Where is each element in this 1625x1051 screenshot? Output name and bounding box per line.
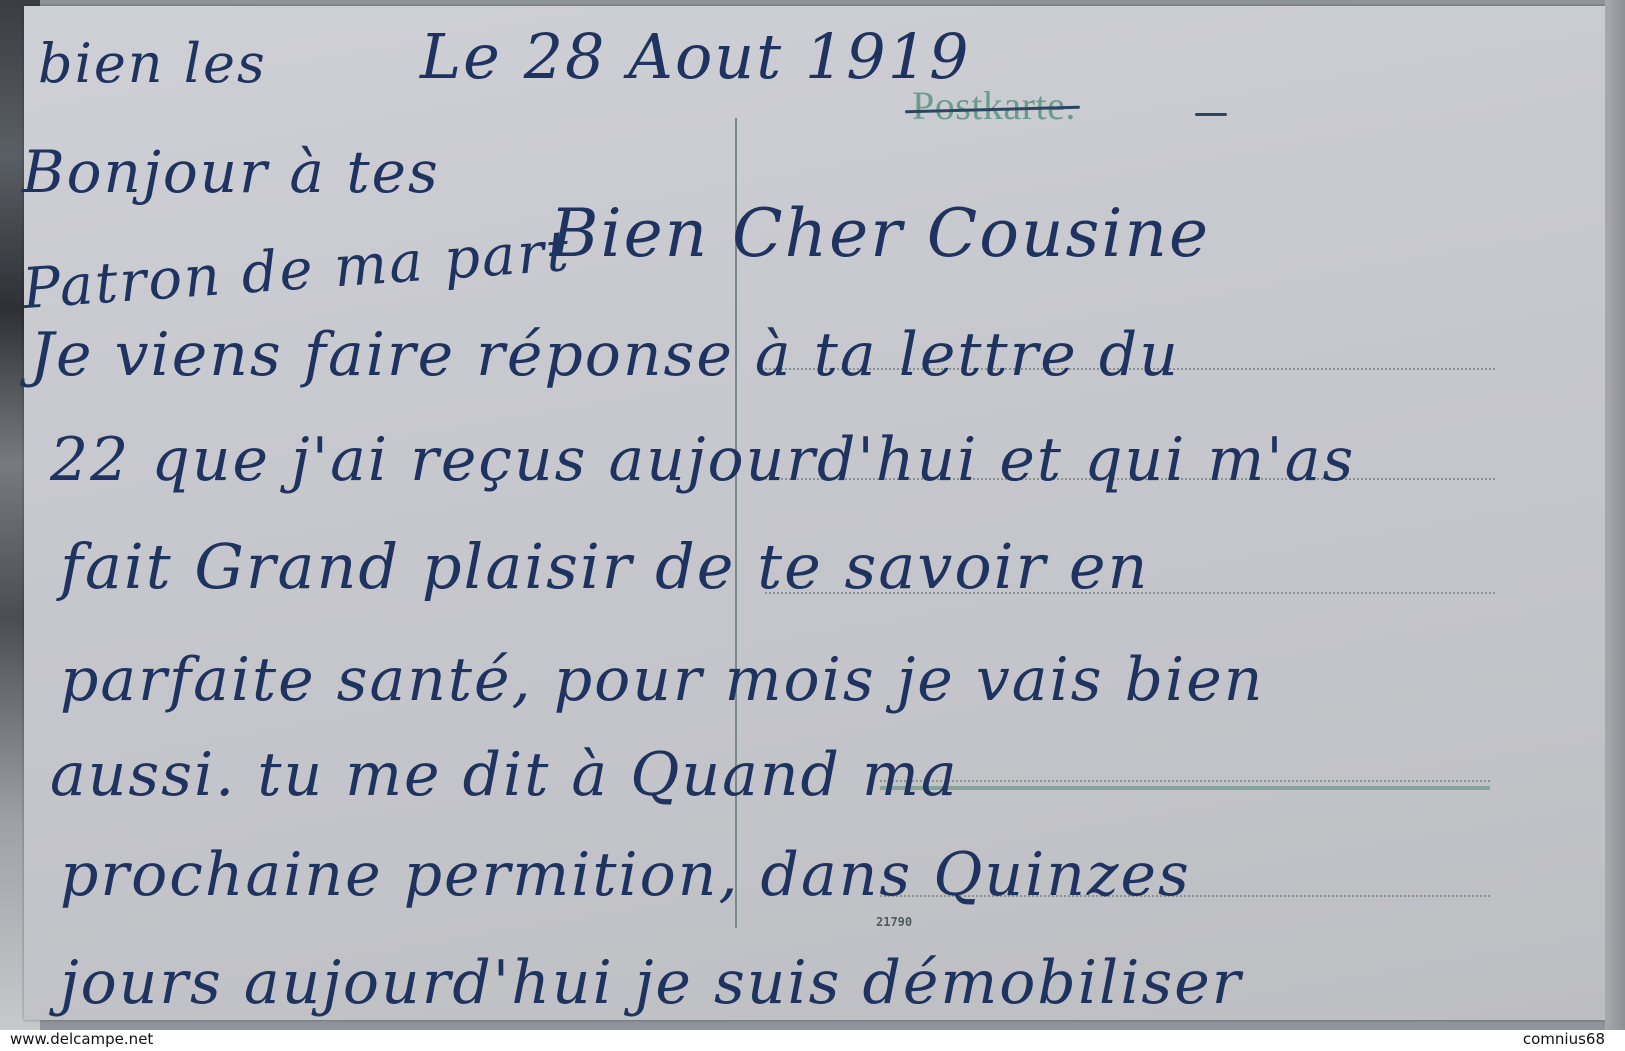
handwritten-date: Le 28 Aout 1919: [420, 20, 971, 93]
handwritten-margin-line: bien les: [38, 32, 267, 95]
handwritten-body-line: fait Grand plaisir de te savoir en: [60, 530, 1149, 603]
handwritten-body-line: prochaine permition, dans Quinzes: [60, 840, 1191, 910]
watermark-bar: www.delcampe.net comnius68: [0, 1030, 1625, 1051]
postkarte-dash: [1195, 113, 1227, 116]
background-edge: [1605, 0, 1625, 1030]
handwritten-body-line: 22 que j'ai reçus aujourd'hui et qui m'a…: [50, 425, 1355, 495]
handwritten-margin-line: Bonjour à tes: [22, 138, 440, 206]
postcard-photo: Postkarte. 21790 bien les Le 28 Aout 191…: [0, 0, 1625, 1030]
handwritten-body-line: Je viens faire réponse à ta lettre du: [30, 320, 1180, 390]
seller-watermark: comnius68: [1523, 1030, 1605, 1048]
handwritten-body-line: parfaite santé, pour mois je vais bien: [60, 645, 1264, 715]
address-line: [880, 780, 1490, 782]
handwritten-body-line: jours aujourd'hui je suis démobiliser: [60, 948, 1242, 1018]
serial-number: 21790: [876, 915, 912, 929]
handwritten-salutation: Bien Cher Cousine: [550, 195, 1210, 272]
handwritten-body-line: aussi. tu me dit à Quand ma: [50, 740, 959, 810]
site-watermark: www.delcampe.net: [10, 1030, 153, 1048]
printed-green-line: [880, 786, 1490, 790]
